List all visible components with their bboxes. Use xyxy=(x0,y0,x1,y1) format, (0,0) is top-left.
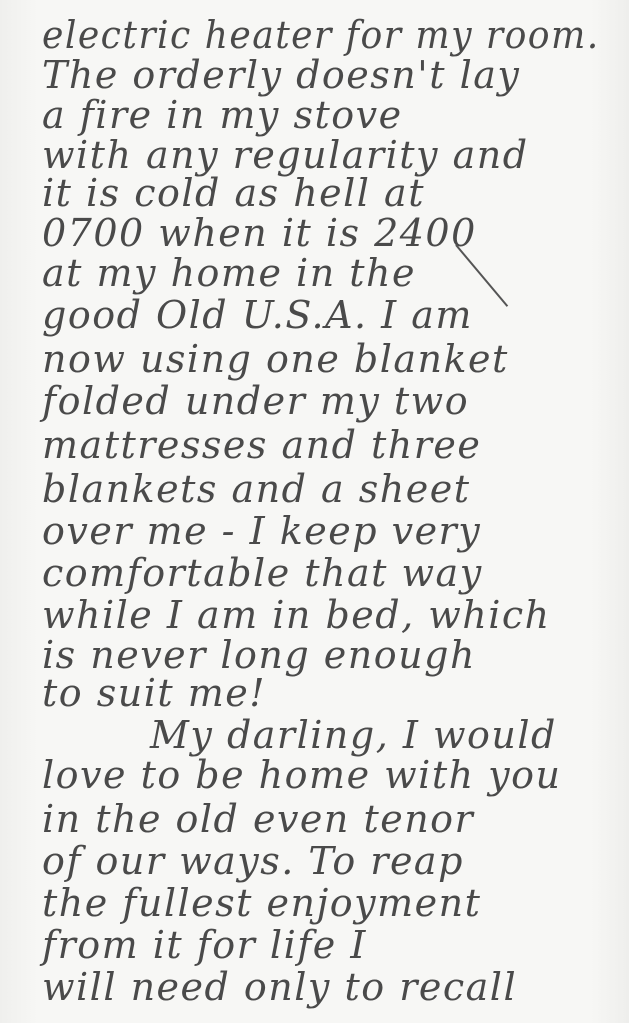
letter-line-19: love to be home with you xyxy=(42,752,561,798)
letter-line-7: at my home in the xyxy=(42,250,416,296)
letter-line-17: to suit me! xyxy=(42,670,266,716)
letter-line-22: the fullest enjoyment xyxy=(42,880,481,926)
letter-line-12: blankets and a sheet xyxy=(42,466,470,512)
letter-line-9: now using one blanket xyxy=(42,336,509,382)
letter-line-21: of our ways. To reap xyxy=(42,838,464,884)
letter-line-14: comfortable that way xyxy=(42,550,483,596)
letter-line-23: from it for life I xyxy=(42,922,367,968)
letter-line-20: in the old even tenor xyxy=(42,796,474,842)
letter-line-13: over me - I keep very xyxy=(42,508,481,554)
letter-line-10: folded under my two xyxy=(42,378,469,424)
letter-line-11: mattresses and three xyxy=(42,422,481,468)
letter-line-8: good Old U.S.A. I am xyxy=(42,292,473,338)
letter-page: electric heater for my room. The orderly… xyxy=(0,0,629,1023)
letter-line-24: will need only to recall xyxy=(42,964,517,1010)
